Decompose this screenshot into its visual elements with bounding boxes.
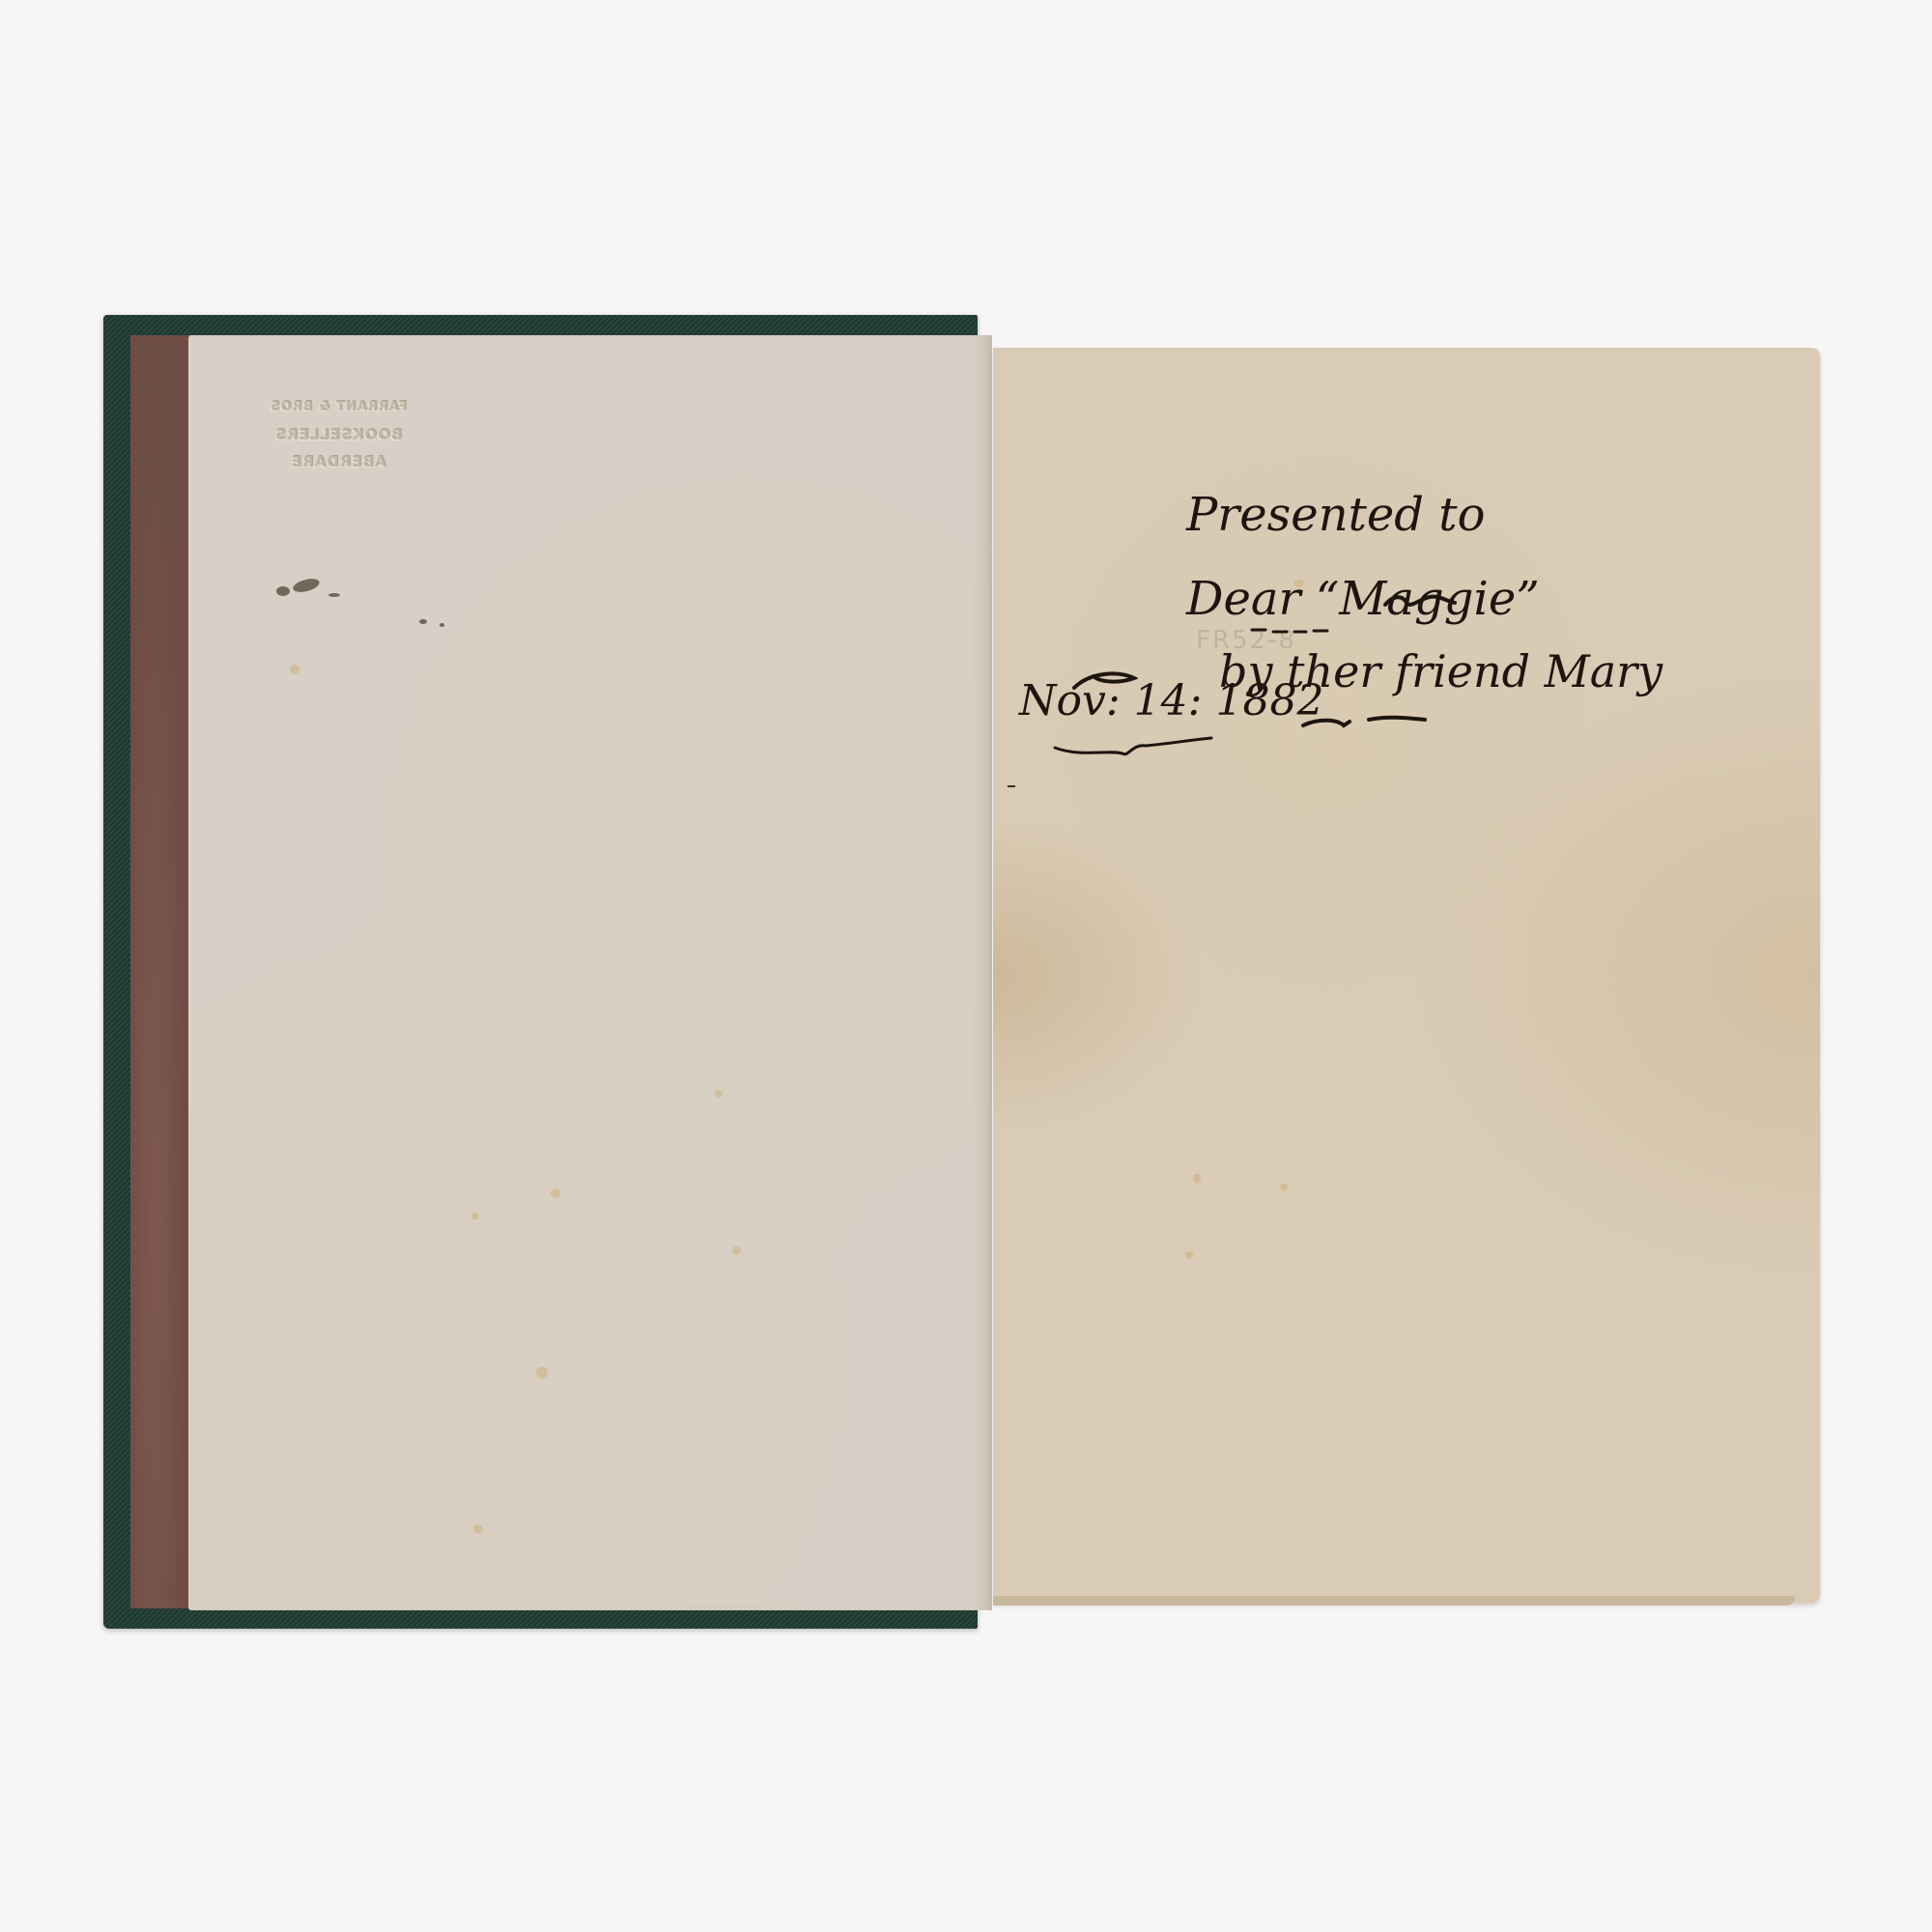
ink-smudge <box>328 593 340 597</box>
inscription-presented-to: Presented to <box>1186 488 1485 542</box>
foxing-spot <box>1280 1183 1288 1191</box>
flourish-under-date-icon <box>1051 734 1215 773</box>
foxing-spot <box>1193 1174 1201 1183</box>
stamp-line-3: ABERDARE <box>222 448 454 475</box>
foxing-spot <box>551 1188 560 1198</box>
gutter-ink-mark <box>1008 785 1015 787</box>
foxing-spot <box>732 1246 741 1255</box>
ink-smudge <box>440 623 444 627</box>
foxing-spot <box>536 1367 548 1378</box>
left-endpaper <box>188 335 992 1610</box>
page-block-edge <box>993 1596 1795 1605</box>
foxing-spot <box>715 1090 723 1097</box>
flourish-under-maggie-icon <box>1248 622 1345 638</box>
flourish-over-nov-icon <box>1070 668 1138 694</box>
brown-pastedown-strip <box>130 335 190 1608</box>
ink-smudge <box>276 586 290 596</box>
inscription-date: Nov: 14: 1882 <box>1019 676 1323 725</box>
open-book: FARRANT & BROS BOOKSELLERS ABERDARE FR52… <box>0 0 1932 1932</box>
stamp-line-2: BOOKSELLERS <box>222 421 454 448</box>
flourish-after-maggie-icon <box>1381 587 1459 616</box>
flourish-under-mary-icon <box>1299 710 1435 739</box>
ink-smudge <box>419 619 427 624</box>
foxing-spot <box>473 1524 483 1534</box>
inscription-dear-maggie: Dear “Maggie” <box>1186 572 1540 626</box>
embossed-bookseller-stamp: FARRANT & BROS BOOKSELLERS ABERDARE <box>222 394 454 475</box>
stamp-line-1: FARRANT & BROS <box>222 394 454 421</box>
foxing-spot <box>290 665 299 674</box>
foxing-spot <box>471 1212 479 1220</box>
foxing-spot <box>1185 1251 1193 1259</box>
